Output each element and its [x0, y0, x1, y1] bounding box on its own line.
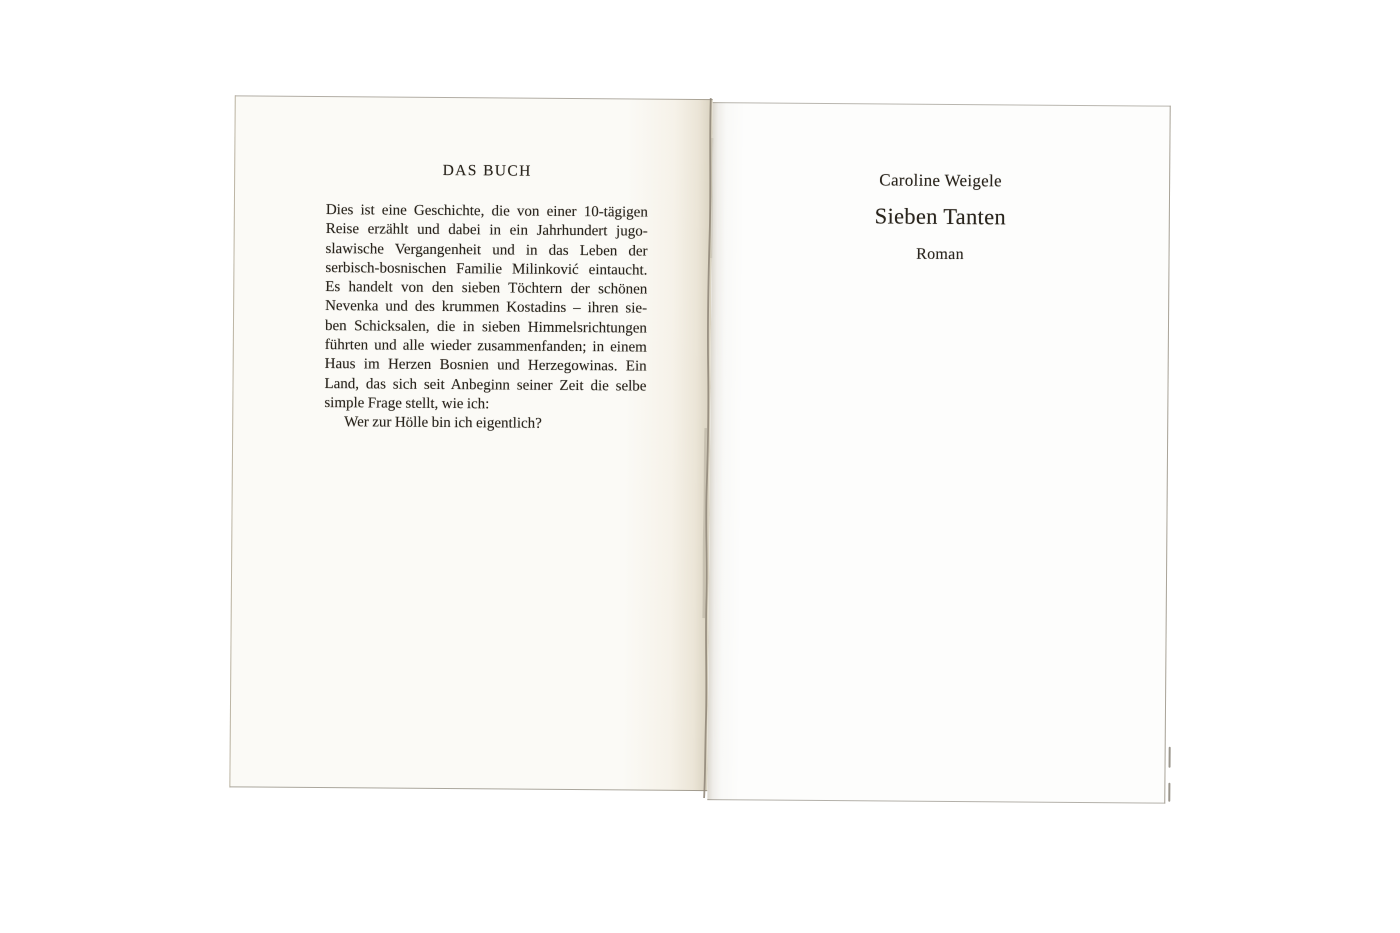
right-page: Caroline Weigele Sieben Tanten Roman — [707, 102, 1170, 804]
description-line: simple Frage stellt, wie ich: — [324, 394, 646, 416]
description-line: Es handelt von den sieben Töchtern der s… — [325, 278, 647, 300]
description-line: Land, das sich seit Anbeginn seiner Zeit… — [324, 375, 646, 397]
left-page: DAS BUCH Dies ist eine Geschichte, die v… — [229, 95, 712, 791]
page-edge-mark — [1168, 783, 1170, 802]
description-line: Wer zur Hölle bin ich eigentlich? — [324, 413, 646, 435]
book-spread: DAS BUCH Dies ist eine Geschichte, die v… — [229, 91, 1171, 810]
author-name: Caroline Weigele — [712, 169, 1169, 193]
description-line: Nevenka und des krummen Kostadins – ihre… — [325, 298, 647, 320]
page-edge-mark — [1169, 747, 1171, 768]
description-line: Reise erzählt und dabei in ein Jahrhunde… — [326, 220, 648, 242]
genre-label: Roman — [711, 244, 1168, 266]
book-description: Dies ist eine Geschichte, die von einer … — [324, 201, 648, 435]
description-line: Dies ist eine Geschichte, die von einer … — [326, 201, 648, 223]
description-line: Haus im Herzen Bosnien und Herzegowinas.… — [325, 355, 647, 377]
description-line: ben Schicksalen, die in sieben Himmelsri… — [325, 317, 647, 339]
description-line: slawische Vergangenheit und in das Leben… — [325, 240, 647, 262]
book-title: Sieben Tanten — [712, 202, 1169, 232]
description-line: führten und alle wieder zusammenfanden; … — [325, 336, 647, 358]
description-line: serbisch-bosnischen Familie Milinković e… — [325, 259, 647, 281]
left-page-heading: DAS BUCH — [326, 161, 648, 182]
